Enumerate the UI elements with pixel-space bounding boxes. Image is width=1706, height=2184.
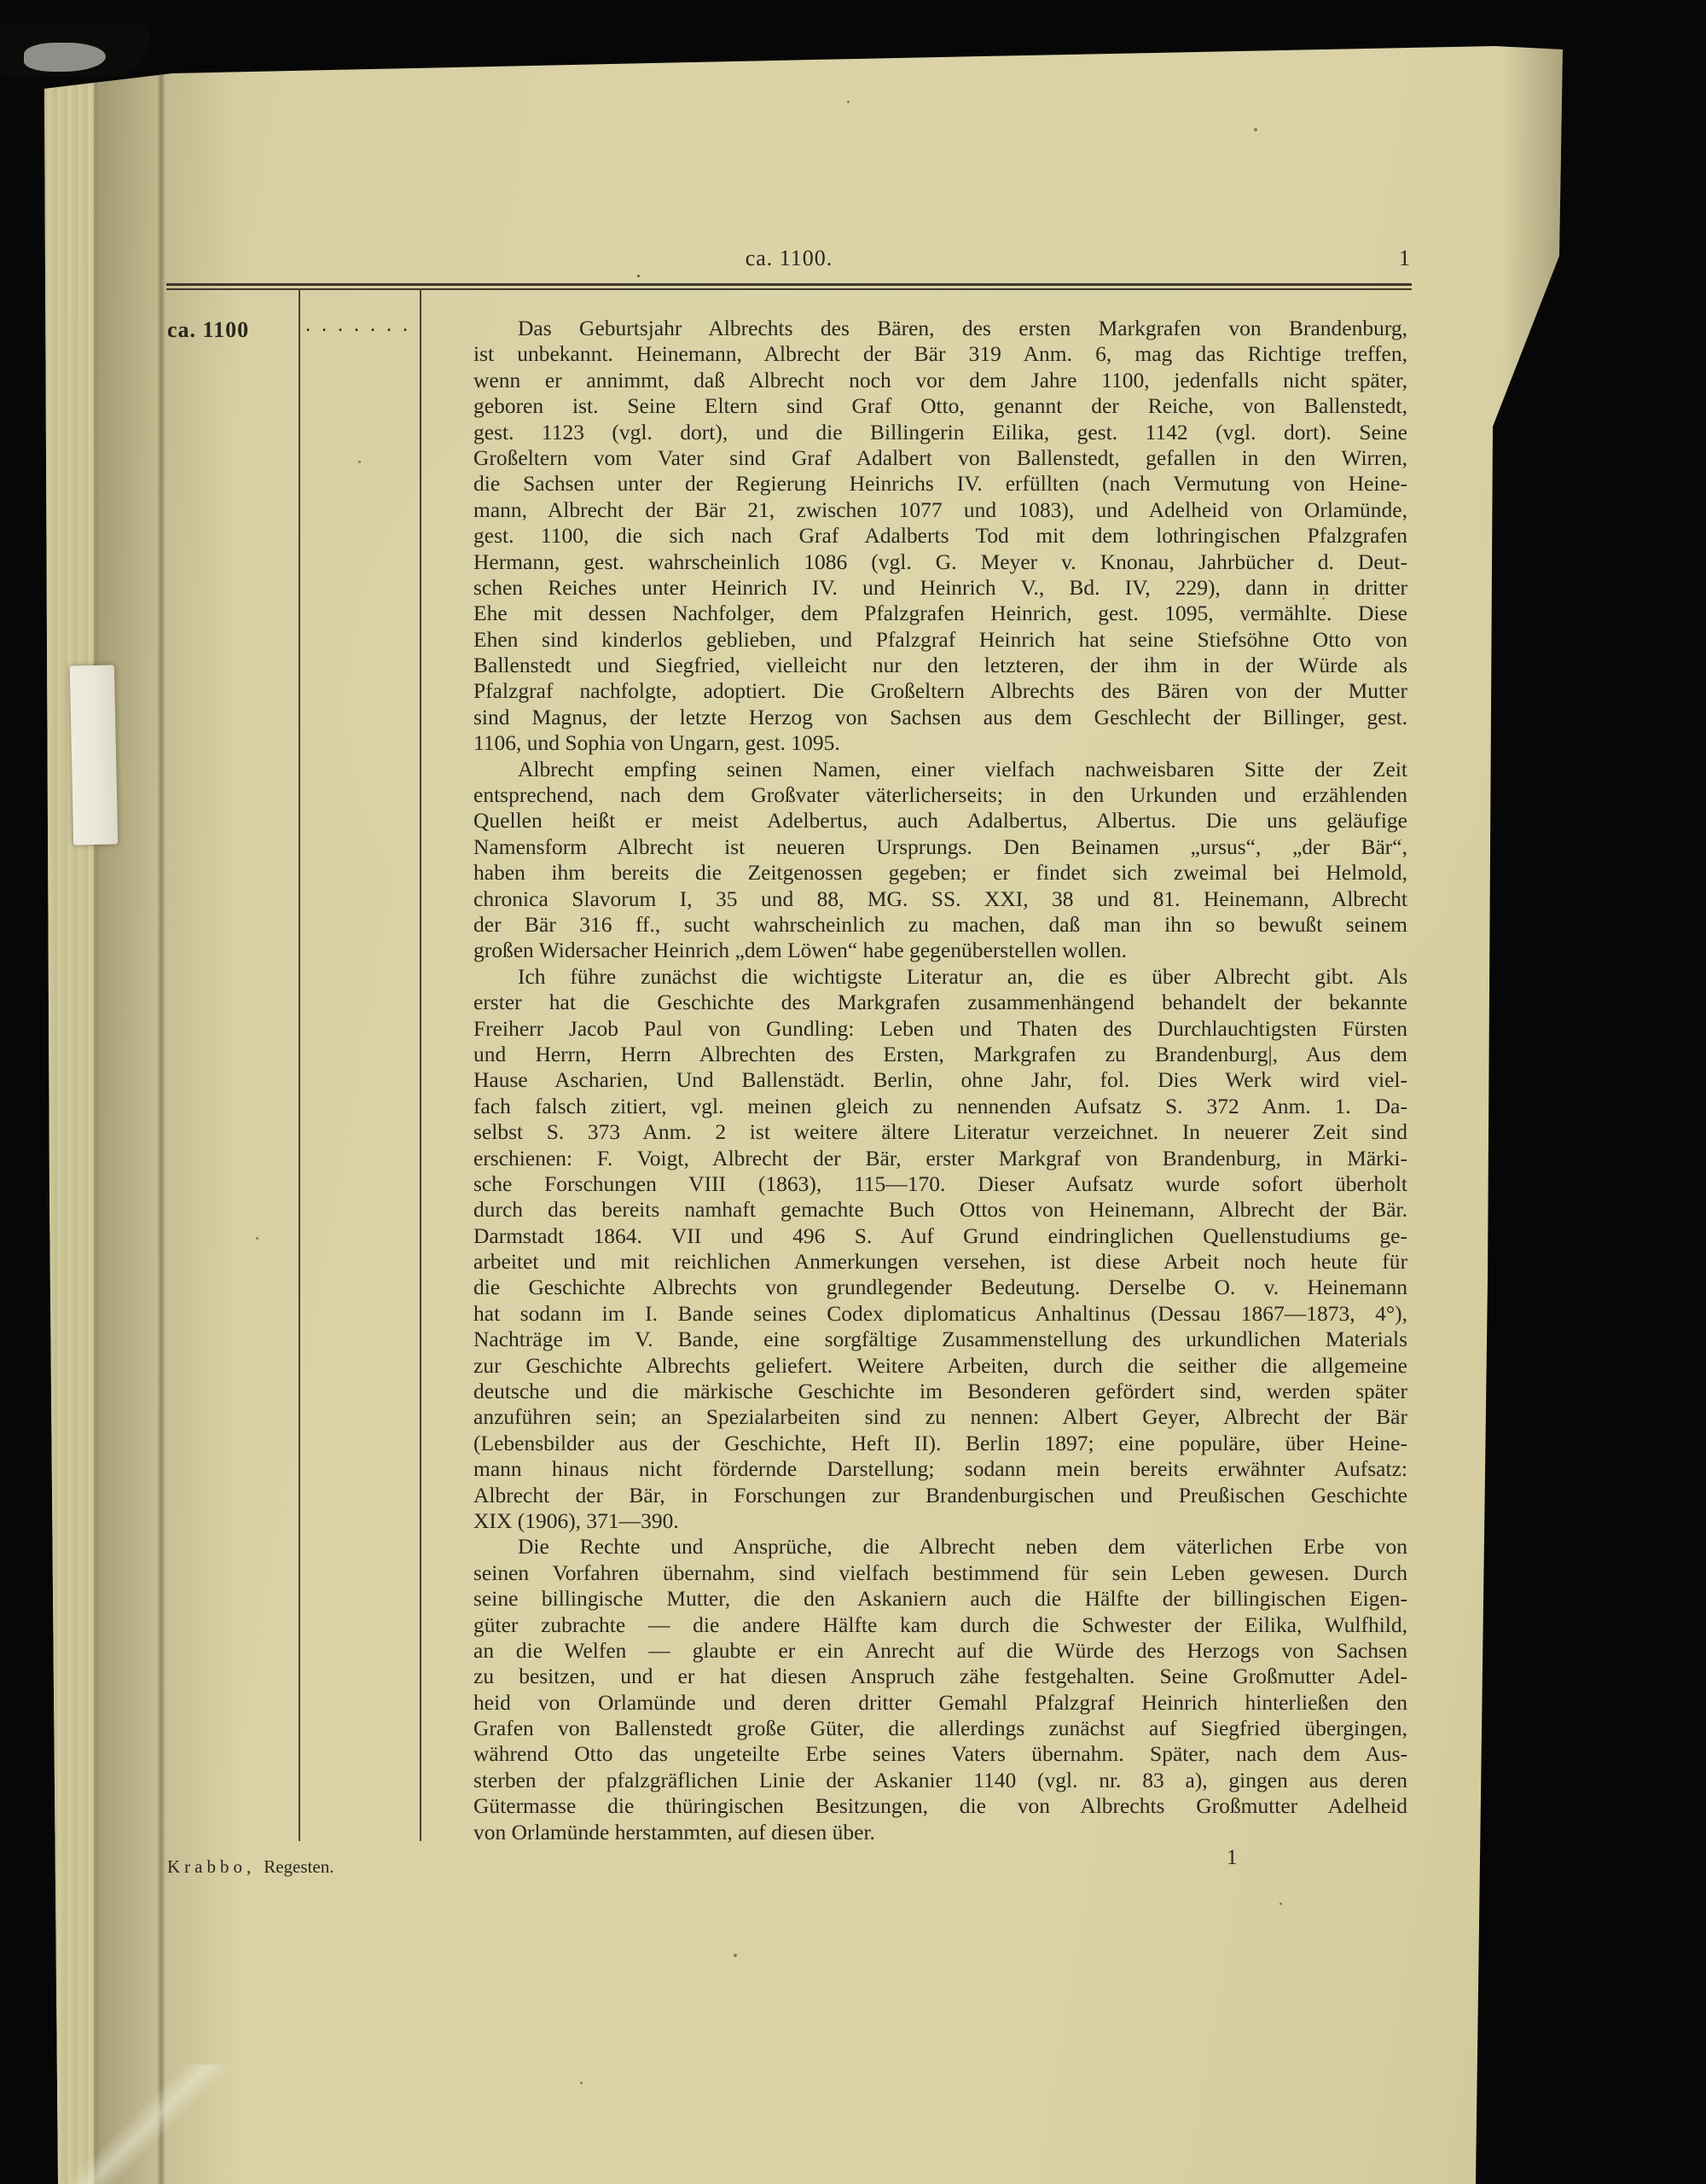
text-line: zur Geschichte Albrechts geliefert. Weit… — [473, 1353, 1407, 1379]
text-line: selbst S. 373 Anm. 2 ist weitere ältere … — [473, 1119, 1407, 1145]
vertical-rule-left — [299, 288, 300, 1841]
text-line: Ehe mit dessen Nachfolger, dem Pfalzgraf… — [473, 601, 1407, 626]
text-line: ist unbekannt. Heinemann, Albrecht der B… — [473, 341, 1407, 367]
text-line: sind Magnus, der letzte Herzog von Sachs… — [473, 705, 1407, 730]
text-line: güter zubrachte — die andere Hälfte kam … — [473, 1612, 1407, 1638]
running-head-date: ca. 1100. — [746, 246, 833, 270]
text-line: Die Rechte und Ansprüche, die Albrecht n… — [473, 1534, 1407, 1560]
footer-work: Regesten. — [264, 1856, 334, 1877]
margin-dots-leader: ....... — [305, 314, 416, 337]
paragraph: Das Geburtsjahr Albrechts des Bären, des… — [473, 316, 1407, 757]
text-line: Ehen sind kinderlos geblieben, und Pfalz… — [473, 627, 1407, 653]
sheet-signature: 1 — [1227, 1846, 1238, 1870]
text-line: Albrecht der Bär, in Forschungen zur Bra… — [473, 1483, 1407, 1508]
paragraph: Die Rechte und Ansprüche, die Albrecht n… — [473, 1534, 1407, 1845]
text-line: chronica Slavorum I, 35 und 88, MG. SS. … — [473, 886, 1407, 912]
text-line: mann hinaus nicht fördernde Darstellung;… — [473, 1456, 1407, 1482]
text-line: haben ihm bereits die Zeitgenossen gegeb… — [473, 860, 1407, 886]
text-line: Quellen heißt er meist Adelbertus, auch … — [473, 808, 1407, 834]
text-line: erster hat die Geschichte des Markgrafen… — [473, 990, 1407, 1015]
text-line: entsprechend, nach dem Großvater väterli… — [473, 782, 1407, 808]
footer-catchword: Krabbo,Regesten. — [167, 1856, 334, 1878]
text-line: mann, Albrecht der Bär 21, zwischen 1077… — [473, 497, 1407, 523]
text-line: Freiherr Jacob Paul von Gundling: Leben … — [473, 1016, 1407, 1042]
text-line: Hause Ascharien, Und Ballenstädt. Berlin… — [473, 1067, 1407, 1093]
text-line: wenn er annimmt, daß Albrecht noch vor d… — [473, 368, 1407, 393]
text-line: schen Reiches unter Heinrich IV. und Hei… — [473, 575, 1407, 601]
text-line: Grafen von Ballenstedt große Güter, die … — [473, 1716, 1407, 1741]
text-line: Großeltern vom Vater sind Graf Adalbert … — [473, 445, 1407, 471]
text-line: arbeitet und mit reichlichen Anmerkungen… — [473, 1249, 1407, 1275]
text-line: die Sachsen unter der Regierung Heinrich… — [473, 471, 1407, 497]
text-line: der Bär 316 ff., sucht wahrscheinlich zu… — [473, 912, 1407, 938]
footer-author: Krabbo, — [167, 1856, 255, 1877]
text-line: zu besitzen, und er hat diesen Anspruch … — [473, 1664, 1407, 1689]
scan-background: ca. 1100. 1 ca. 1100 ....... Das Geburts… — [0, 0, 1706, 2184]
text-line: anzuführen sein; an Spezialarbeiten sind… — [473, 1404, 1407, 1430]
text-line: hat sodann im I. Bande seines Codex dipl… — [473, 1301, 1407, 1327]
text-line: Nachträge im V. Bande, eine sorgfältige … — [473, 1327, 1407, 1352]
text-line: Namensform Albrecht ist neueren Ursprung… — [473, 834, 1407, 860]
text-line: Das Geburtsjahr Albrechts des Bären, des… — [473, 316, 1407, 341]
text-line: Darmstadt 1864. VII und 496 S. Auf Grund… — [473, 1223, 1407, 1249]
page-content: ca. 1100. 1 ca. 1100 ....... Das Geburts… — [0, 0, 1706, 2184]
text-line: gest. 1100, die sich nach Graf Adalberts… — [473, 523, 1407, 549]
text-line: heid von Orlamünde und deren dritter Gem… — [473, 1690, 1407, 1716]
text-line: sche Forschungen VIII (1863), 115—170. D… — [473, 1171, 1407, 1197]
text-line: fach falsch zitiert, vgl. meinen gleich … — [473, 1094, 1407, 1119]
text-line: und Herrn, Herrn Albrechten des Ersten, … — [473, 1042, 1407, 1067]
text-line: die Geschichte Albrechts von grundlegend… — [473, 1275, 1407, 1300]
text-line: Albrecht empfing seinen Namen, einer vie… — [473, 757, 1407, 782]
text-line: 1106, und Sophia von Ungarn, gest. 1095. — [473, 730, 1407, 756]
text-line: an die Welfen — glaubte er ein Anrecht a… — [473, 1638, 1407, 1664]
paragraph: Albrecht empfing seinen Namen, einer vie… — [473, 757, 1407, 964]
text-line: geboren ist. Seine Eltern sind Graf Otto… — [473, 393, 1407, 419]
text-line: durch das bereits namhaft gemachte Buch … — [473, 1197, 1407, 1223]
text-line: Ich führe zunächst die wichtigste Litera… — [473, 964, 1407, 990]
running-head: ca. 1100. 1 — [166, 246, 1412, 271]
margin-date-label: ca. 1100 — [167, 317, 295, 343]
text-line: (Lebensbilder aus der Geschichte, Heft I… — [473, 1431, 1407, 1456]
text-block: Das Geburtsjahr Albrechts des Bären, des… — [473, 316, 1407, 1845]
page-number: 1 — [1399, 246, 1410, 271]
text-line: Gütermasse die thüringischen Besitzungen… — [473, 1793, 1407, 1819]
text-line: XIX (1906), 371—390. — [473, 1508, 1407, 1534]
paragraph: Ich führe zunächst die wichtigste Litera… — [473, 964, 1407, 1535]
text-line: Pfalzgraf nachfolgte, adoptiert. Die Gro… — [473, 678, 1407, 704]
vertical-rule-right — [420, 288, 421, 1841]
text-line: seine billingische Mutter, die den Askan… — [473, 1586, 1407, 1612]
text-line: während Otto das ungeteilte Erbe seines … — [473, 1741, 1407, 1767]
text-line: deutsche und die märkische Geschichte im… — [473, 1379, 1407, 1404]
double-rule — [166, 283, 1412, 290]
text-line: sterben der pfalzgräflichen Linie der As… — [473, 1768, 1407, 1793]
text-line: erschienen: F. Voigt, Albrecht der Bär, … — [473, 1146, 1407, 1171]
text-line: seinen Vorfahren übernahm, sind vielfach… — [473, 1560, 1407, 1586]
text-line: Ballenstedt und Siegfried, vielleicht nu… — [473, 653, 1407, 678]
text-line: Hermann, gest. wahrscheinlich 1086 (vgl.… — [473, 549, 1407, 575]
text-line: von Orlamünde herstammten, auf diesen üb… — [473, 1820, 1407, 1845]
text-line: gest. 1123 (vgl. dort), und die Billinge… — [473, 420, 1407, 445]
text-line: großen Widersacher Heinrich „dem Löwen“ … — [473, 938, 1407, 963]
